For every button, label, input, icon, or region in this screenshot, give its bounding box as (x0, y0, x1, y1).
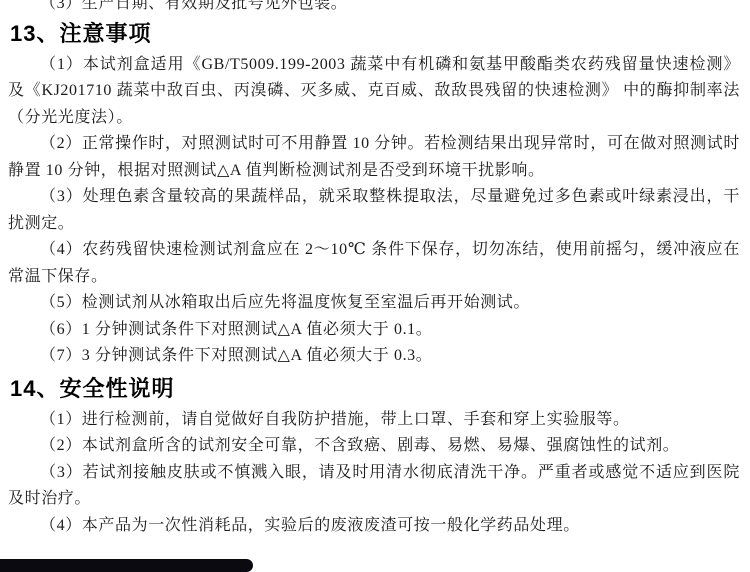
section-13-item-2: （2）正常操作时，对照测试时可不用静置 10 分钟。若检测结果出现异常时，可在做… (8, 131, 740, 184)
section-13-item-7: （7）3 分钟测试条件下对照测试△A 值必须大于 0.3。 (8, 343, 740, 370)
section-13-item-1: （1）本试剂盒适用《GB/T5009.199-2003 蔬菜中有机磷和氨基甲酸酯… (8, 52, 740, 132)
bottom-dark-bar-fragment (0, 559, 253, 572)
section-14-item-2: （2）本试剂盒所含的试剂安全可靠，不含致癌、剧毒、易燃、易爆、强腐蚀性的试剂。 (8, 433, 740, 460)
clipped-top-line: （3）生产日期、有效期及批号见外包装。 (8, 0, 740, 18)
section-14-item-3: （3）若试剂接触皮肤或不慎溅入眼，请及时用清水彻底清洗干净。严重者或感觉不适应到… (8, 460, 740, 513)
section-14-item-4: （4）本产品为一次性消耗品，实验后的废液废渣可按一般化学药品处理。 (8, 513, 740, 540)
document-content: （3）生产日期、有效期及批号见外包装。 13、注意事项 （1）本试剂盒适用《GB… (0, 0, 750, 539)
section-13-item-5: （5）检测试剂从冰箱取出后应先将温度恢复至室温后再开始测试。 (8, 290, 740, 317)
section-13-item-6: （6）1 分钟测试条件下对照测试△A 值必须大于 0.1。 (8, 317, 740, 344)
section-14-item-1: （1）进行检测前，请自觉做好自我防护措施，带上口罩、手套和穿上实验服等。 (8, 407, 740, 434)
document-page: （3）生产日期、有效期及批号见外包装。 13、注意事项 （1）本试剂盒适用《GB… (0, 0, 750, 572)
section-14-heading: 14、安全性说明 (10, 375, 740, 403)
section-13-item-3: （3）处理色素含量较高的果蔬样品，就采取整株提取法，尽量避免过多色素或叶绿素浸出… (8, 184, 740, 237)
section-13-item-4: （4）农药残留快速检测试剂盒应在 2～10℃ 条件下保存，切勿冻结，使用前摇匀，… (8, 237, 740, 290)
section-13-heading: 13、注意事项 (10, 20, 740, 48)
